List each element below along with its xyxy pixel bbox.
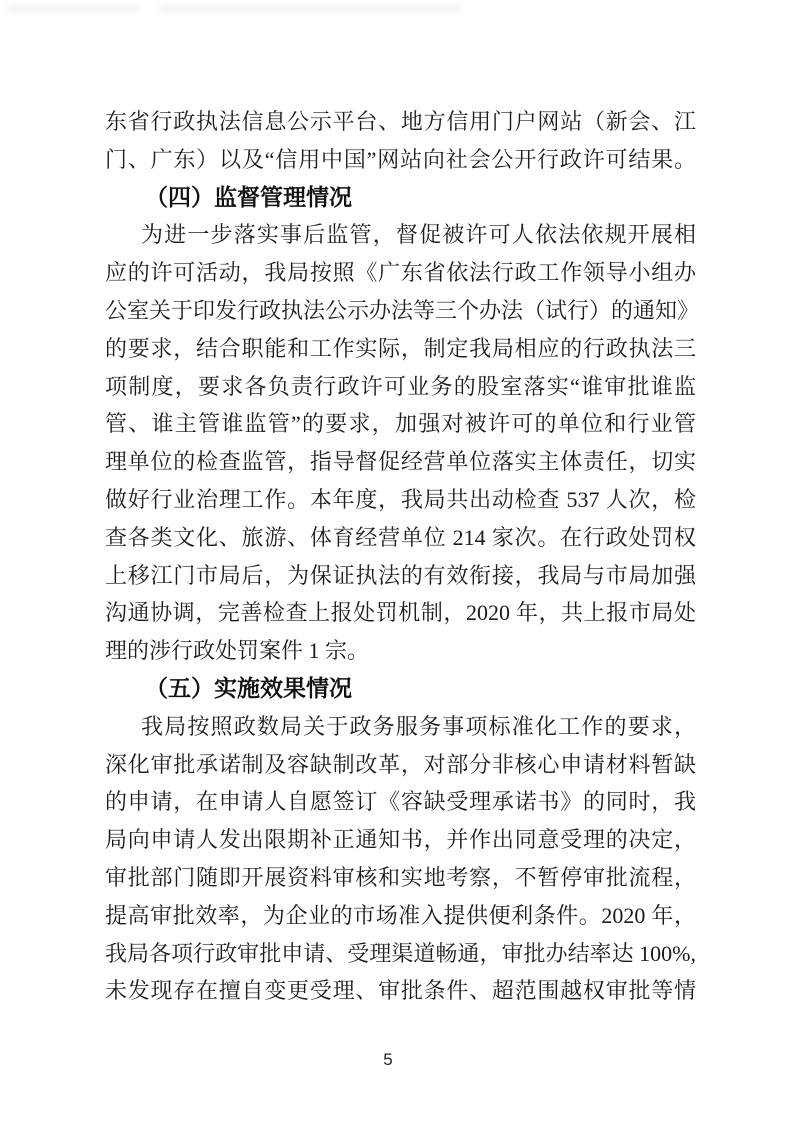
text-line: 审批部门随即开展资料审核和实地考察，不暂停审批流程，: [105, 859, 696, 897]
text-line: 的要求，结合职能和工作实际，制定我局相应的行政执法三: [105, 330, 696, 368]
text-line: 未发现存在擅自变更受理、审批条件、超范围越权审批等情: [105, 972, 696, 1010]
text-line: 公室关于印发行政执法公示办法等三个办法（试行）的通知》: [105, 292, 696, 330]
text-line: 的申请，在申请人自愿签订《容缺受理承诺书》的同时，我: [105, 783, 696, 821]
text-line: 上移江门市局后，为保证执法的有效衔接，我局与市局加强: [105, 557, 696, 595]
text-line: 理的涉行政处罚案件 1 宗。: [105, 632, 696, 670]
section-heading-4: （四）监督管理情况: [105, 179, 696, 217]
text-line: 门、广东）以及“信用中国”网站向社会公开行政许可结果。: [105, 141, 696, 179]
page-number: 5: [376, 1050, 400, 1070]
document-page: 东省行政执法信息公示平台、地方信用门户网站（新会、江 门、广东）以及“信用中国”…: [0, 0, 800, 1131]
text-line: 提高审批效率，为企业的市场准入提供便利条件。2020 年，: [105, 897, 696, 935]
text-line: 局向申请人发出限期补正通知书，并作出同意受理的决定，: [105, 821, 696, 859]
text-line: 深化审批承诺制及容缺制改革，对部分非核心申请材料暂缺: [105, 746, 696, 784]
scan-artifact: [8, 4, 138, 13]
text-line: 沟通协调，完善检查上报处罚机制，2020 年，共上报市局处: [105, 594, 696, 632]
text-line: 查各类文化、旅游、体育经营单位 214 家次。在行政处罚权: [105, 519, 696, 557]
text-line: 东省行政执法信息公示平台、地方信用门户网站（新会、江: [105, 103, 696, 141]
text-line: 做好行业治理工作。本年度，我局共出动检查 537 人次，检: [105, 481, 696, 519]
text-line: 项制度，要求各负责行政许可业务的股室落实“谁审批谁监: [105, 368, 696, 406]
document-body: 东省行政执法信息公示平台、地方信用门户网站（新会、江 门、广东）以及“信用中国”…: [105, 103, 696, 1010]
text-line: 管、谁主管谁监管”的要求，加强对被许可的单位和行业管: [105, 405, 696, 443]
text-line: 为进一步落实事后监管，督促被许可人依法依规开展相: [105, 216, 696, 254]
text-line: 应的许可活动，我局按照《广东省依法行政工作领导小组办: [105, 254, 696, 292]
section-heading-5: （五）实施效果情况: [105, 670, 696, 708]
text-line: 我局各项行政审批申请、受理渠道畅通，审批办结率达 100%,: [105, 935, 696, 973]
text-line: 我局按照政数局关于政务服务事项标准化工作的要求，: [105, 708, 696, 746]
text-line: 理单位的检查监管，指导督促经营单位落实主体责任，切实: [105, 443, 696, 481]
scan-artifact: [160, 4, 460, 13]
